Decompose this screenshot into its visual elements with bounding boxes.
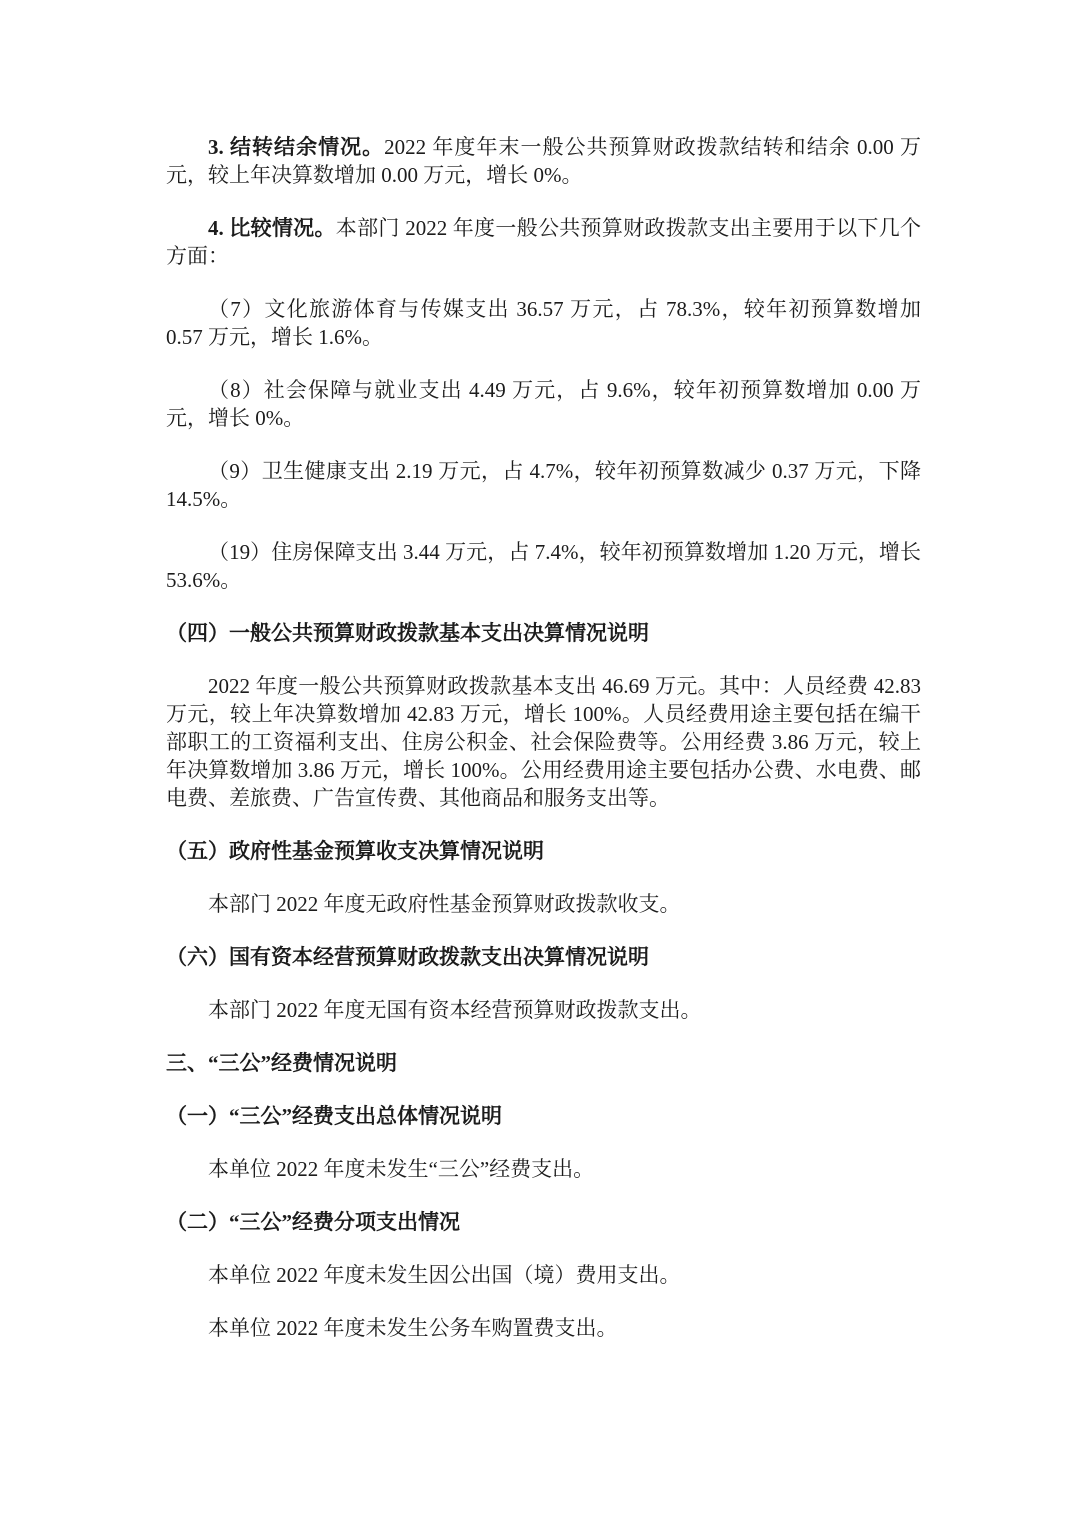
paragraph-no-overseas-expense: 本单位 2022 年度未发生因公出国（境）费用支出。 <box>166 1261 921 1289</box>
section-heading-6-state-capital: （六）国有资本经营预算财政拨款支出决算情况说明 <box>166 943 921 971</box>
paragraph-carryover: 3. 结转结余情况。2022 年度年末一般公共预算财政拨款结转和结余 0.00 … <box>166 133 921 189</box>
paragraph-item-7-culture-tourism: （7）文化旅游体育与传媒支出 36.57 万元，占 78.3%，较年初预算数增加… <box>166 295 921 351</box>
section-heading-three-public-funds: 三、“三公”经费情况说明 <box>166 1049 921 1077</box>
paragraph-no-three-public-expense: 本单位 2022 年度未发生“三公”经费支出。 <box>166 1155 921 1183</box>
paragraph-lead: 4. 比较情况。 <box>208 216 336 240</box>
section-heading-overall-situation: （一）“三公”经费支出总体情况说明 <box>166 1102 921 1130</box>
paragraph-item-9-health: （9）卫生健康支出 2.19 万元，占 4.7%，较年初预算数减少 0.37 万… <box>166 457 921 513</box>
section-heading-4-basic-expenditure: （四）一般公共预算财政拨款基本支出决算情况说明 <box>166 619 921 647</box>
paragraph-government-fund: 本部门 2022 年度无政府性基金预算财政拨款收支。 <box>166 890 921 918</box>
section-heading-itemized-expenditure: （二）“三公”经费分项支出情况 <box>166 1208 921 1236</box>
section-heading-5-government-fund: （五）政府性基金预算收支决算情况说明 <box>166 837 921 865</box>
paragraph-item-8-social-security: （8）社会保障与就业支出 4.49 万元，占 9.6%，较年初预算数增加 0.0… <box>166 376 921 432</box>
paragraph-basic-expenditure-detail: 2022 年度一般公共预算财政拨款基本支出 46.69 万元。其中：人员经费 4… <box>166 672 921 812</box>
paragraph-item-19-housing: （19）住房保障支出 3.44 万元，占 7.4%，较年初预算数增加 1.20 … <box>166 538 921 594</box>
paragraph-lead: 3. 结转结余情况。 <box>208 135 384 159</box>
paragraph-comparison: 4. 比较情况。本部门 2022 年度一般公共预算财政拨款支出主要用于以下几个方… <box>166 214 921 270</box>
paragraph-state-capital: 本部门 2022 年度无国有资本经营预算财政拨款支出。 <box>166 996 921 1024</box>
document-page: 3. 结转结余情况。2022 年度年末一般公共预算财政拨款结转和结余 0.00 … <box>0 0 1075 1521</box>
paragraph-no-vehicle-purchase: 本单位 2022 年度未发生公务车购置费支出。 <box>166 1314 921 1342</box>
document-content: 3. 结转结余情况。2022 年度年末一般公共预算财政拨款结转和结余 0.00 … <box>166 133 921 1367</box>
